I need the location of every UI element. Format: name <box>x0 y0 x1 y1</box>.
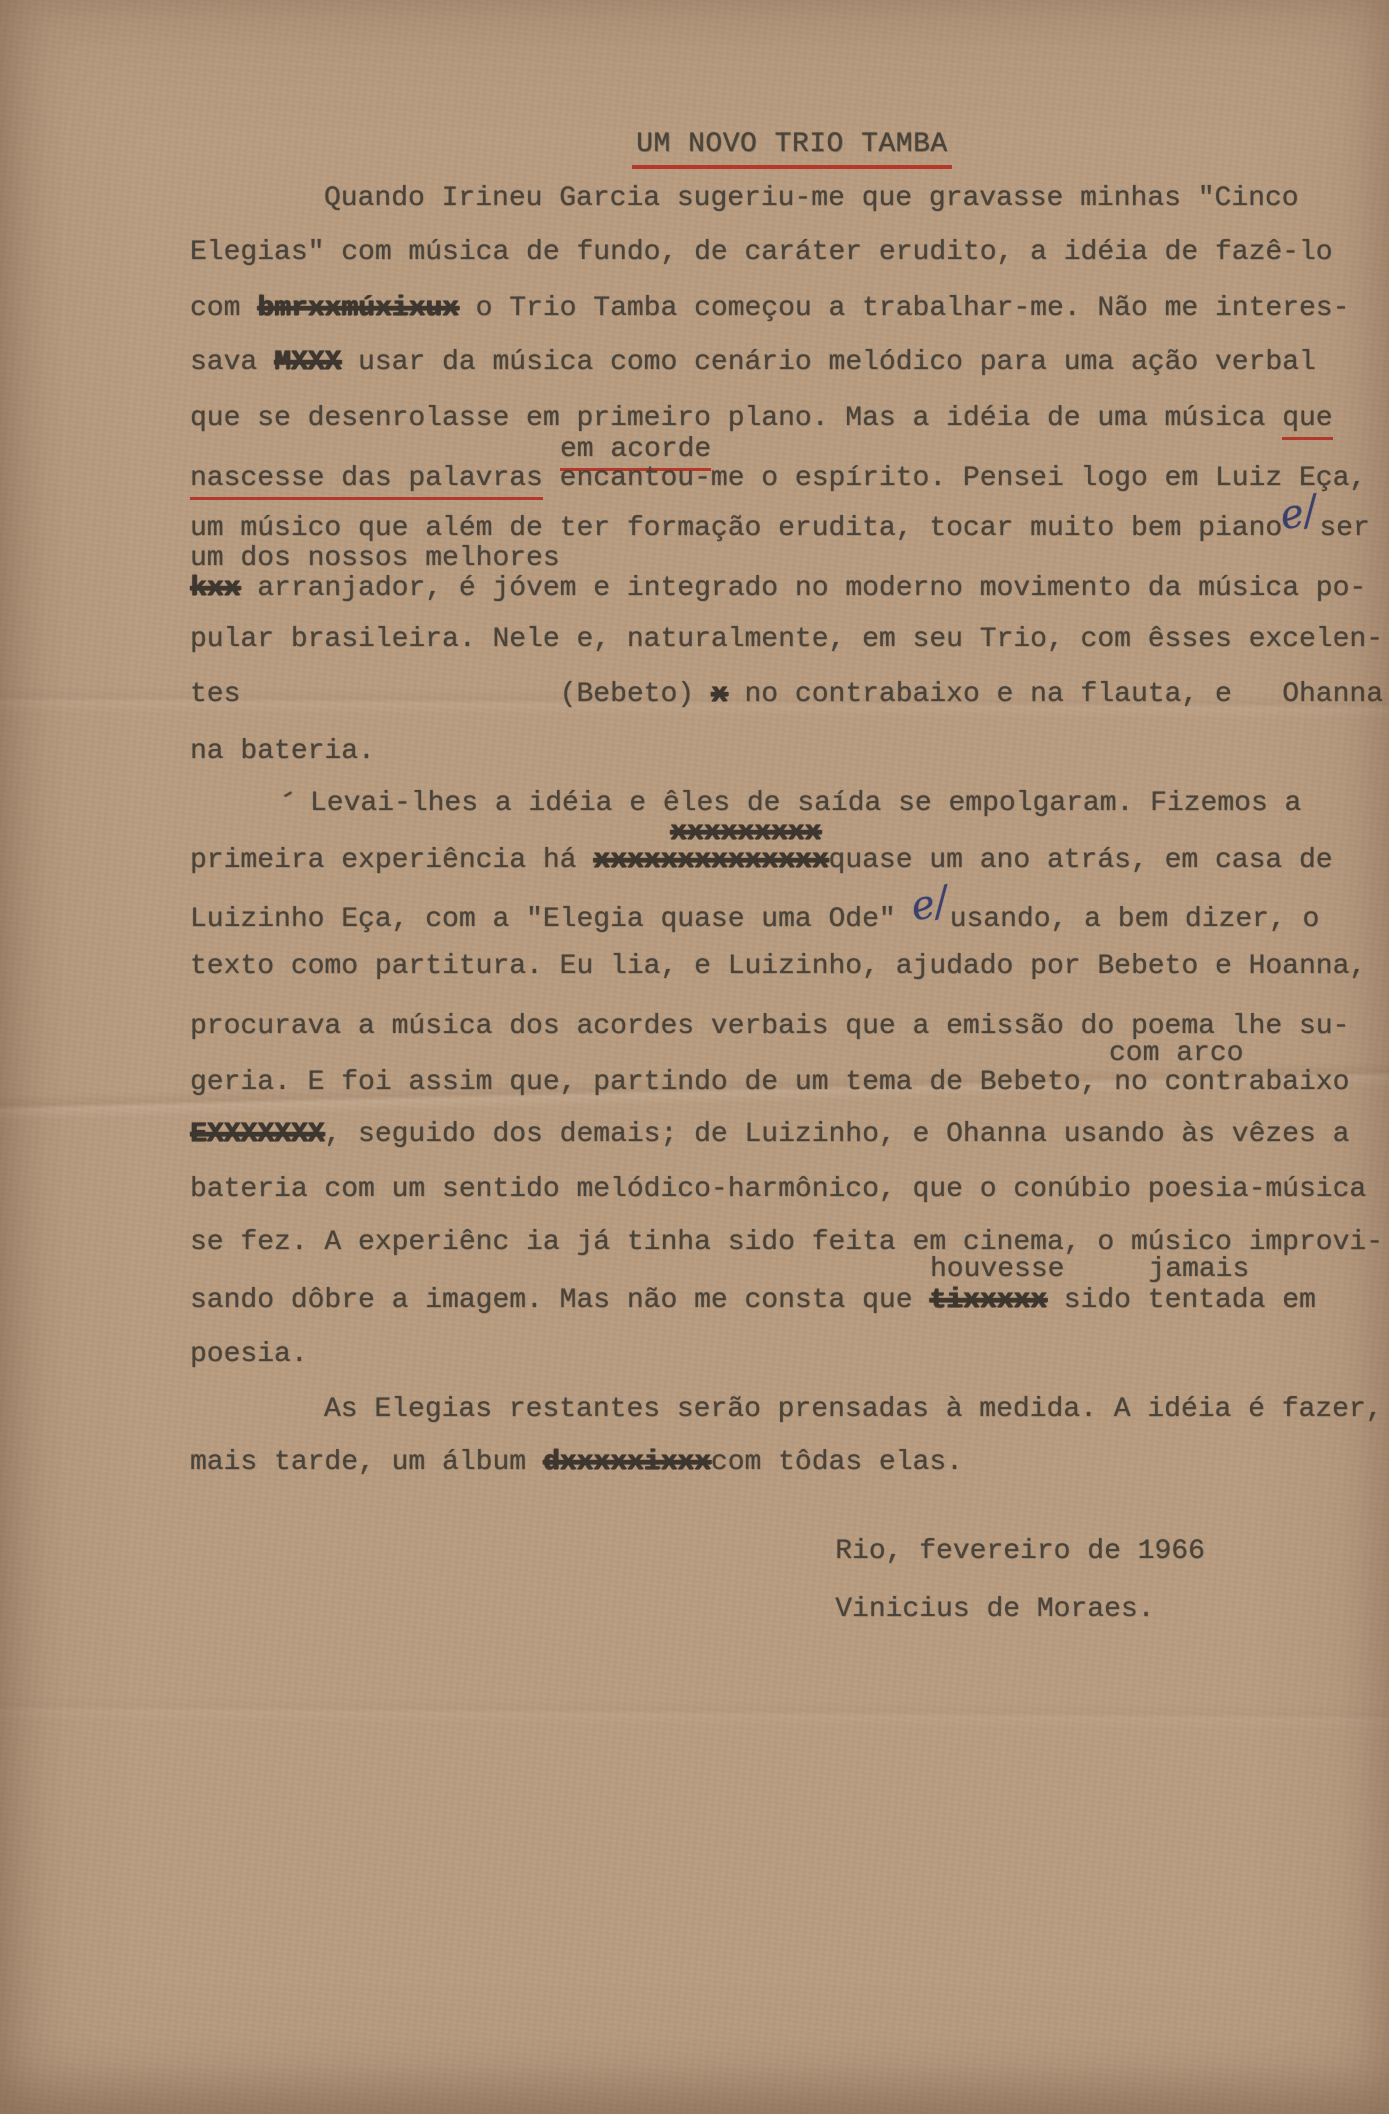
typed-line: poesia. <box>190 1338 308 1371</box>
fold-crease-bottom <box>0 1695 1389 1731</box>
typed-line: houvesse jamais <box>930 1253 1249 1286</box>
typed-text: com tôdas elas. <box>711 1447 963 1478</box>
typed-text: Levai-lhes a idéia e êles de saída se em… <box>310 788 1301 819</box>
typed-line: As Elegias restantes serão prensadas à m… <box>324 1393 1383 1426</box>
typed-text: encantou-me o espírito. Pensei logo em L… <box>543 463 1366 494</box>
typed-line: texto como partitura. Eu lia, e Luizinho… <box>190 950 1366 983</box>
document-page: UM NOVO TRIO TAMBA Quando Irineu Garcia … <box>0 0 1389 2114</box>
typed-text: quase um ano atrás, em casa de <box>829 845 1333 876</box>
strikethrough-text: bmrxxmúxixux <box>257 293 459 324</box>
handwritten-tick: - <box>273 777 304 814</box>
typed-text: houvesse jamais <box>930 1254 1249 1285</box>
typed-text: Vinicius de Moraes. <box>835 1594 1154 1625</box>
red-underlined-text: que <box>1282 402 1332 440</box>
typed-text: , seguido dos demais; de Luizinho, e Oha… <box>324 1119 1349 1150</box>
typed-text: poesia. <box>190 1339 308 1370</box>
typed-text: o Trio Tamba começou a trabalhar-me. Não… <box>459 293 1350 324</box>
typed-text: geria. E foi assim que, partindo de um t… <box>190 1067 1349 1098</box>
typed-line: mais tarde, um álbum dxxxxxixxxcom tôdas… <box>190 1446 963 1479</box>
typed-line: na bateria. <box>190 735 375 768</box>
typed-text: usar da música como cenário melódico par… <box>341 347 1316 378</box>
typed-line: nascesse das palavras encantou-me o espí… <box>190 462 1366 500</box>
typed-text: texto como partitura. Eu lia, e Luizinho… <box>190 951 1366 982</box>
handwritten-correction: e/ <box>908 885 951 925</box>
typed-line: bateria com um sentido melódico-harmônic… <box>190 1173 1366 1206</box>
typed-text: Luizinho Eça, com a "Elegia quase uma Od… <box>190 904 913 935</box>
typed-text: com <box>190 293 257 324</box>
typed-line: sando dôbre a imagem. Mas não me consta … <box>190 1284 1316 1317</box>
typed-text: sido tentada em <box>1047 1285 1316 1316</box>
typed-text: tes (Bebeto) <box>190 679 711 710</box>
typed-text: sando dôbre a imagem. Mas não me consta … <box>190 1285 929 1316</box>
typed-text: arranjador, é jóvem e integrado no moder… <box>240 573 1366 604</box>
typed-text: Quando Irineu Garcia sugeriu-me que grav… <box>324 183 1299 214</box>
typed-line: tes (Bebeto) x no contrabaixo e na flaut… <box>190 678 1383 711</box>
handwritten-correction: e/ <box>1277 494 1320 534</box>
typed-text: usando, a bem dizer, o <box>950 904 1320 935</box>
typed-line: sava MXXX usar da música como cenário me… <box>190 346 1316 379</box>
typed-text: que se desenrolasse em primeiro plano. M… <box>190 403 1282 434</box>
typed-text: um dos nossos melhores <box>190 543 560 574</box>
typed-text: na bateria. <box>190 736 375 767</box>
typed-line: um dos nossos melhores <box>190 542 560 575</box>
title-text: UM NOVO TRIO TAMBA <box>632 129 951 169</box>
typed-line: primeira experiência há xxxxxxxxxxxxxxqu… <box>190 844 1333 877</box>
typed-text: sava <box>190 347 274 378</box>
typed-line: EXXXXXXX, seguido dos demais; de Luizinh… <box>190 1118 1349 1151</box>
typed-line: Elegias" com música de fundo, de caráter… <box>190 236 1333 269</box>
typed-text: primeira experiência há <box>190 845 593 876</box>
strikethrough-text: kxx <box>190 573 240 604</box>
typed-line: um músico que além de ter formação erudi… <box>190 506 1370 545</box>
typed-line: pular brasileira. Nele e, naturalmente, … <box>190 623 1383 656</box>
typed-line: kxx arranjador, é jóvem e integrado no m… <box>190 572 1366 605</box>
typed-text: um músico que além de ter formação erudi… <box>190 513 1282 544</box>
strikethrough-text: xxxxxxxxxxxxxx <box>593 845 828 876</box>
typed-line: Luizinho Eça, com a "Elegia quase uma Od… <box>190 897 1319 936</box>
typed-line: - <box>282 782 299 815</box>
strikethrough-text: x <box>711 679 728 710</box>
typed-text: mais tarde, um álbum <box>190 1447 543 1478</box>
strikethrough-text: dxxxxxixxx <box>543 1447 711 1478</box>
typed-text: pular brasileira. Nele e, naturalmente, … <box>190 624 1383 655</box>
typed-text: As Elegias restantes serão prensadas à m… <box>324 1394 1383 1425</box>
typed-text: com arco <box>1109 1038 1243 1069</box>
typed-line: Quando Irineu Garcia sugeriu-me que grav… <box>324 182 1299 215</box>
typed-text: ser <box>1319 513 1369 544</box>
red-underlined-text: nascesse das palavras <box>190 462 543 500</box>
signature-line: Vinicius de Moraes. <box>768 1560 1154 1659</box>
typed-text: bateria com um sentido melódico-harmônic… <box>190 1174 1366 1205</box>
strikethrough-text: tixxxxx <box>929 1285 1047 1316</box>
typed-text: Elegias" com música de fundo, de caráter… <box>190 237 1333 268</box>
typed-line: que se desenrolasse em primeiro plano. M… <box>190 402 1333 440</box>
typed-text: no contrabaixo e na flauta, e Ohanna <box>728 679 1383 710</box>
typed-line: geria. E foi assim que, partindo de um t… <box>190 1066 1349 1099</box>
strikethrough-text: EXXXXXXX <box>190 1119 324 1150</box>
typed-line: com bmrxxmúxixux o Trio Tamba começou a … <box>190 292 1349 325</box>
strikethrough-text: MXXX <box>274 347 341 378</box>
